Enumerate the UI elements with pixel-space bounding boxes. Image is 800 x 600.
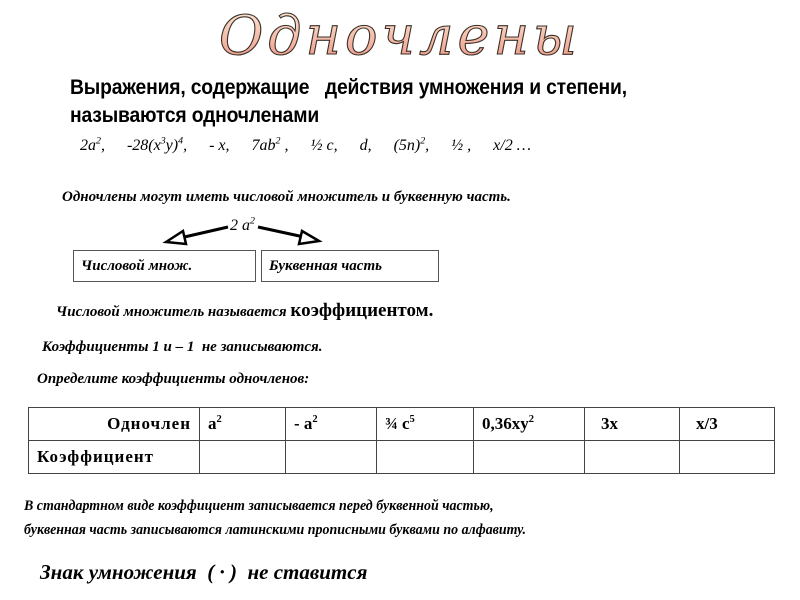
monomial-cell: x/3 — [680, 408, 775, 441]
monomial-example: 2a2, — [80, 137, 105, 154]
coefficient-table: Одночлен a2- a2¾ c50,36xy23xx/3 Коэффици… — [28, 407, 775, 474]
monomial-example: - x, — [209, 137, 229, 154]
monomial-examples: 2a2,-28(x3y)4,- x,7ab2 ,½ c,d,(5n)2,½ ,x… — [80, 135, 553, 157]
monomial-exponent: 2 — [250, 216, 255, 227]
coefficient-cell[interactable] — [585, 441, 680, 474]
numeric-factor-box: Числовой множ. — [73, 250, 256, 282]
monomial-example: d, — [360, 137, 372, 154]
monomial-cell: - a2 — [286, 408, 377, 441]
definition-line-2: называются одночленами — [70, 102, 627, 130]
literal-part-box: Буквенная часть — [261, 250, 439, 282]
monomial-example: (5n)2, — [394, 137, 430, 154]
table-row-monomials: Одночлен a2- a2¾ c50,36xy23xx/3 — [29, 408, 775, 441]
standard-form-line-2: буквенная часть записываются латинскими … — [24, 518, 526, 542]
monomial-cell: ¾ c5 — [377, 408, 474, 441]
parts-note: Одночлены могут иметь числовой множитель… — [62, 189, 511, 206]
monomial-example: ½ c, — [310, 137, 337, 154]
coefficient-cell[interactable] — [474, 441, 585, 474]
coefficient-definition-prefix: Числовой множитель называется — [56, 304, 290, 320]
task-prompt: Определите коэффициенты одночленов: — [37, 371, 309, 388]
monomial-cell: 3x — [585, 408, 680, 441]
row-header-coefficient: Коэффициент — [29, 441, 200, 474]
row-header-monomial: Одночлен — [29, 408, 200, 441]
page-title-text: Одночлены — [219, 4, 581, 67]
table-row-coefficients: Коэффициент — [29, 441, 775, 474]
monomial-example: -28(x3y)4, — [127, 137, 187, 154]
definition-line-1: Выражения, содержащие действия умножения… — [70, 74, 627, 102]
multiplication-sign-note: Знак умножения ( · ) не ставится — [40, 560, 367, 585]
monomial-example: 7ab2 , — [252, 137, 289, 154]
monomial-cell: 0,36xy2 — [474, 408, 585, 441]
coefficient-cell[interactable] — [377, 441, 474, 474]
standard-form-note: В стандартном виде коэффициент записывае… — [24, 494, 526, 542]
coefficient-cell[interactable] — [286, 441, 377, 474]
left-arrow-icon — [166, 227, 228, 244]
monomial-example: x/2 … — [493, 137, 531, 154]
monomial-base: 2 a — [230, 217, 250, 234]
standard-form-line-1: В стандартном виде коэффициент записывае… — [24, 494, 526, 518]
coefficient-cell[interactable] — [680, 441, 775, 474]
definition-text: Выражения, содержащие действия умножения… — [70, 74, 627, 130]
coefficient-cell[interactable] — [200, 441, 286, 474]
coefficient-definition: Числовой множитель называется коэффициен… — [56, 300, 433, 322]
monomial-example: ½ , — [451, 137, 471, 154]
diagram-monomial: 2 a2 — [230, 217, 255, 235]
coefficient-note: Коэффициенты 1 и – 1 не записываются. — [42, 339, 323, 356]
right-arrow-icon — [258, 227, 319, 244]
page-title: Одночлены — [0, 2, 800, 68]
coefficient-term: коэффициентом. — [290, 300, 433, 321]
monomial-cell: a2 — [200, 408, 286, 441]
